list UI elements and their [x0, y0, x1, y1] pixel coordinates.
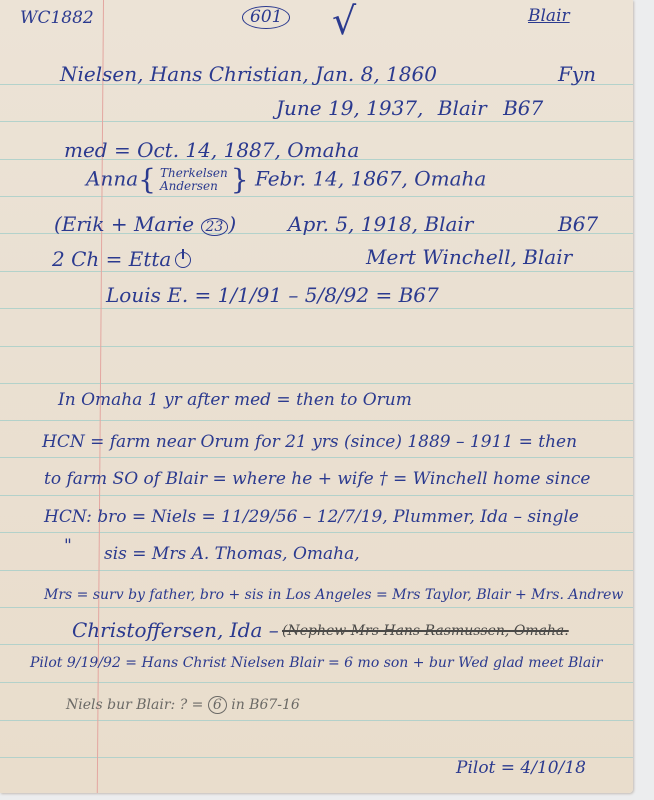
footer-source: Pilot = 4/10/18	[456, 760, 586, 777]
grave-marker-icon	[175, 252, 191, 268]
brace-close: }	[231, 163, 249, 196]
check-mark: √	[332, 2, 356, 40]
rule-line	[0, 570, 633, 571]
subject-death: June 19, 1937, Blair B67	[276, 98, 543, 118]
rule-line	[0, 271, 633, 272]
spouse-death: Apr. 5, 1918, Blair	[288, 214, 473, 234]
note-line-1: In Omaha 1 yr after med = then to Orum	[58, 392, 412, 409]
marriage-line: med = Oct. 14, 1887, Omaha	[64, 140, 359, 160]
note-line-6: Mrs = surv by father, bro + sis in Los A…	[44, 588, 623, 602]
struck-note: (Nephew Mrs Hans Rasmussen, Omaha.	[282, 624, 569, 638]
card-number-circle: 601	[242, 6, 290, 29]
rule-line	[0, 532, 633, 533]
rule-line	[0, 457, 633, 458]
spouse-parents-close: )	[228, 212, 236, 236]
note-line-4: HCN: bro = Niels = 11/29/56 – 12/7/19, P…	[44, 509, 579, 526]
rule-line	[0, 346, 633, 347]
rule-line	[0, 495, 633, 496]
pencil-note-circle: 6	[208, 696, 227, 714]
spouse-parents: (Erik + Marie	[54, 212, 194, 236]
pencil-note-after: in B67-16	[231, 697, 300, 713]
note-line-3: to farm SO of Blair = where he + wife † …	[44, 471, 590, 488]
spouse-line: Anna{TherkelsenAndersen} Febr. 14, 1867,…	[86, 166, 486, 194]
child2-line: Louis E. = 1/1/91 – 5/8/92 = B67	[106, 285, 439, 305]
index-card: WC1882 601 √ Blair Nielsen, Hans Christi…	[0, 0, 633, 793]
subject-name-birth: Nielsen, Hans Christian, Jan. 8, 1860	[60, 64, 437, 84]
spouse-burial-plot: B67	[558, 214, 598, 234]
child1-spouse: Mert Winchell, Blair	[366, 247, 572, 267]
note-line-2: HCN = farm near Orum for 21 yrs (since) …	[42, 434, 577, 451]
rule-line	[0, 720, 633, 721]
rule-line	[0, 682, 633, 683]
subject-birth-date: Jan. 8, 1860	[315, 62, 437, 86]
card-number: 601	[242, 6, 290, 29]
spouse-age-circle: 23	[201, 218, 229, 236]
spouse-birth: Febr. 14, 1867, Omaha	[255, 167, 486, 191]
rule-line	[0, 420, 633, 421]
subject-death-date: June 19, 1937,	[276, 96, 423, 120]
rule-line	[0, 607, 633, 608]
child1-name: Etta	[129, 247, 172, 271]
subject-name: Nielsen, Hans Christian,	[60, 62, 309, 86]
spouse-parents-line: (Erik + Marie 23)	[54, 214, 236, 236]
note-line-7: Christoffersen, Ida –	[72, 620, 279, 640]
spouse-surname-bottom: Andersen	[160, 180, 228, 193]
children-line: 2 Ch = Etta	[52, 249, 191, 269]
rule-line	[0, 196, 633, 197]
header-location: Blair	[528, 8, 570, 25]
note-line-8: Pilot 9/19/92 = Hans Christ Nielsen Blai…	[30, 656, 602, 670]
rule-line	[0, 644, 633, 645]
note-line-5: sis = Mrs A. Thomas, Omaha,	[104, 546, 360, 563]
rule-line	[0, 383, 633, 384]
subject-birth-place: Fyn	[558, 64, 596, 84]
children-prefix: 2 Ch =	[52, 247, 122, 271]
ditto-mark: "	[64, 538, 72, 555]
subject-burial-plot: B67	[503, 96, 543, 120]
brace-open: {	[138, 163, 156, 196]
spouse-first-name: Anna	[86, 167, 138, 191]
reference-code: WC1882	[20, 10, 94, 27]
rule-line	[0, 308, 633, 309]
pencil-note-before: Niels bur Blair: ? =	[66, 697, 203, 713]
spouse-surnames: TherkelsenAndersen	[156, 167, 231, 192]
subject-death-place: Blair	[438, 96, 487, 120]
pencil-note: Niels bur Blair: ? = 6 in B67-16	[66, 696, 300, 714]
rule-line	[0, 121, 633, 122]
